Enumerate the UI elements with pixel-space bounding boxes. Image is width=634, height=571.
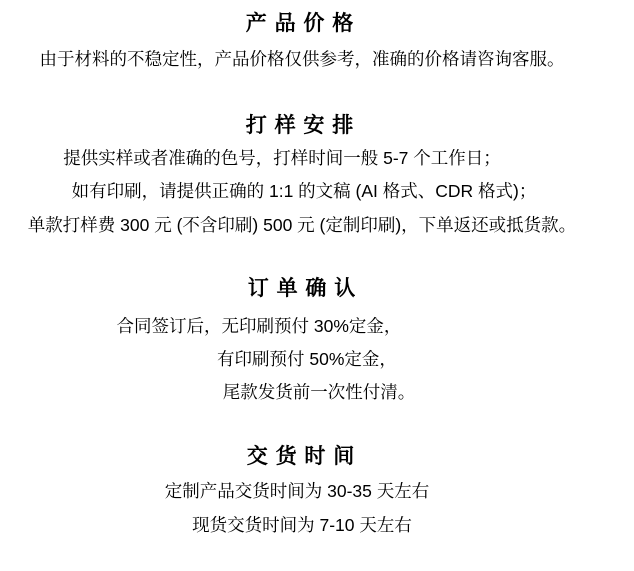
section-title-order-confirmation: 订 单 确 认: [0, 277, 619, 301]
delivery-time-line-2: 现货交货时间为 7-10 天左右: [0, 515, 619, 535]
sampling-line-1: 提供实样或者准确的色号，打样时间一般 5-7 个工作日；: [0, 148, 599, 168]
sampling-line-2: 如有印刷，请提供正确的 1:1 的文稿 (AI 格式、CDR 格式)；: [0, 181, 621, 201]
document-page: 产 品 价 格 由于材料的不稳定性，产品价格仅供参考，准确的价格请咨询客服。 打…: [0, 0, 634, 571]
section-title-sampling: 打 样 安 排: [0, 114, 617, 138]
delivery-time-line-1: 定制产品交货时间为 30-35 天左右: [0, 481, 614, 501]
order-confirmation-line-1: 合同签订后，无印刷预付 30%定金，: [0, 316, 576, 336]
section-title-product-price: 产 品 价 格: [0, 12, 617, 36]
section-title-delivery-time: 交 货 时 间: [0, 445, 618, 469]
order-confirmation-line-2: 有印刷预付 50%定金，: [0, 349, 624, 369]
order-confirmation-line-3: 尾款发货前一次性付清。: [2, 382, 634, 402]
product-price-note: 由于材料的不稳定性，产品价格仅供参考，准确的价格请咨询客服。: [0, 49, 619, 69]
sampling-line-3: 单款打样费 300 元 (不含印刷) 500 元 (定制印刷)，下单返还或抵货款…: [0, 215, 619, 235]
